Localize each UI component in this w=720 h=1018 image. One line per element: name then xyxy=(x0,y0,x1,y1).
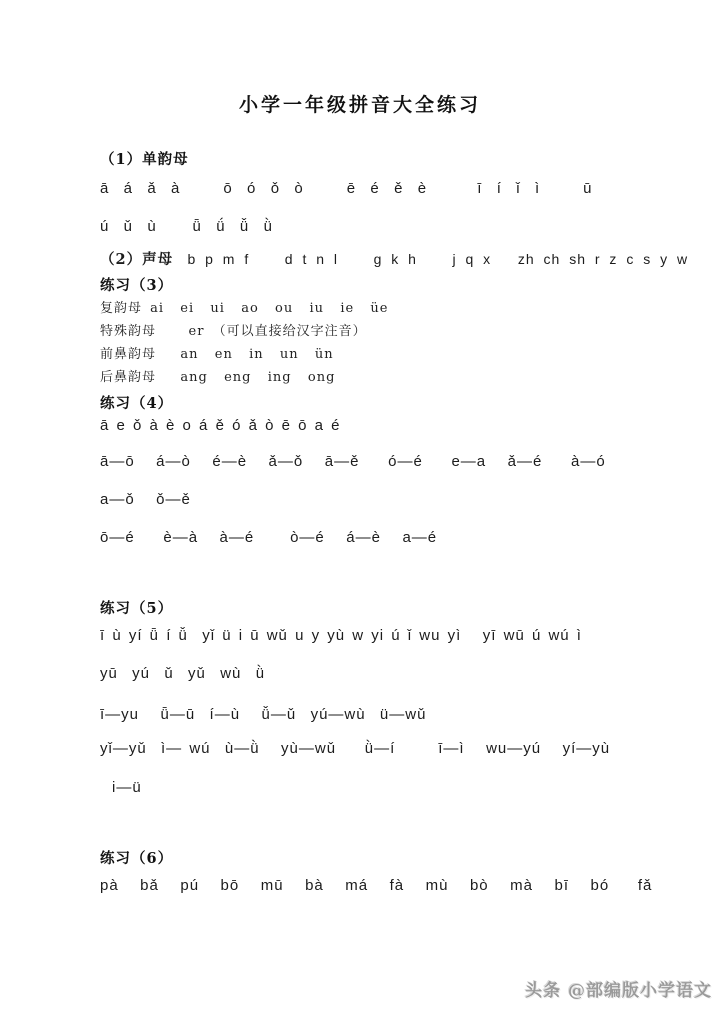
exercise-4-row-2: ā—ō á—ò é—è ǎ—ǒ ā—ě ó—é e—a ǎ—é à—ó xyxy=(100,453,606,470)
exercise-4-row-1: ā e ǒ à è o á ě ó ǎ ò ē ō a é xyxy=(100,417,340,434)
exercise-5-row-1: ī ù yí ǖ í ǚ yǐ ü i ū wǔ u y yù w yi ú ǐ… xyxy=(100,627,582,644)
initials-letters: b p m f d t n l g k h j q x zh ch sh r z… xyxy=(187,251,688,267)
exercise-6-row-1: pà bǎ pú bō mū bà má fà mù bò mà bī bó f… xyxy=(100,877,652,894)
special-final-line: 特殊韵母 er （可以直接给汉字注音） xyxy=(100,320,367,339)
front-nasal-finals-line: 前鼻韵母 an en in un ün xyxy=(100,343,334,362)
back-nasal-finals-line: 后鼻韵母 ang eng ing ong xyxy=(100,366,335,385)
watermark-text: 头条 @部编版小学语文 xyxy=(525,976,712,1001)
single-finals-row-1: ā á ǎ à ō ó ǒ ò ē é ě è ī í ǐ ì ū xyxy=(100,180,593,197)
single-finals-row-2: ú ǔ ù ǖ ǘ ǚ ǜ xyxy=(100,218,273,235)
exercise-5-heading: 练习（5） xyxy=(100,597,173,618)
exercise-5-row-2: yū yú ǔ yǔ wù ǜ xyxy=(100,665,265,682)
section-1-heading: （1）单韵母 xyxy=(100,148,189,169)
worksheet-page: 小学一年级拼音大全练习 （1）单韵母 ā á ǎ à ō ó ǒ ò ē é ě… xyxy=(0,0,720,1018)
exercise-4-row-4: ō—é è—à à—é ò—é á—è a—é xyxy=(100,529,437,546)
initials-label: （2）声母 xyxy=(100,251,173,268)
initials-line: （2）声母 b p m f d t n l g k h j q x zh ch … xyxy=(100,248,688,269)
initials-spacer xyxy=(173,251,187,268)
exercise-5-row-5: i—ü xyxy=(112,779,142,796)
exercise-5-row-4: yǐ—yǔ ì— wú ù—ǜ yù—wǔ ǜ—í ī—ì wu—yú yí—y… xyxy=(100,740,610,757)
compound-finals-line: 复韵母 ai ei ui ao ou iu ie üe xyxy=(100,297,389,316)
exercise-5-row-3: ī—yu ǖ—ū í—ù ǚ—ǔ yú—wù ü—wǔ xyxy=(100,706,426,723)
exercise-4-row-3: a—ǒ ǒ—ě xyxy=(100,491,191,508)
page-title: 小学一年级拼音大全练习 xyxy=(0,90,720,117)
exercise-3-heading: 练习（3） xyxy=(100,274,173,295)
exercise-4-heading: 练习（4） xyxy=(100,392,173,413)
exercise-6-heading: 练习（6） xyxy=(100,847,173,868)
